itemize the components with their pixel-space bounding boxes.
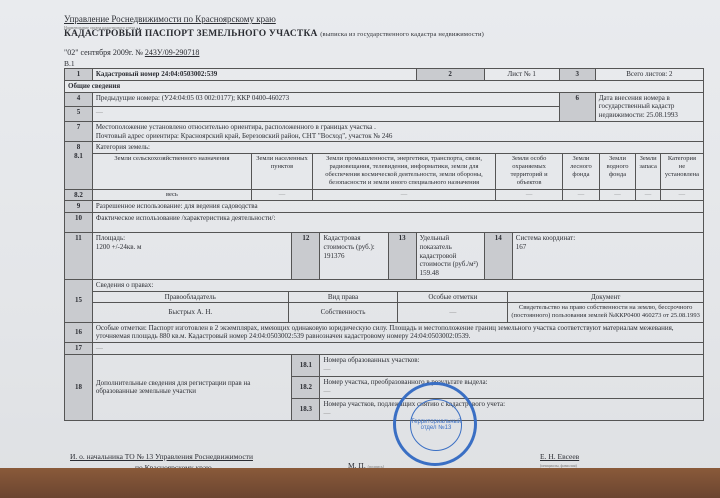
cadastral-value: Кадастровая стоимость (руб.):191376: [320, 233, 388, 280]
table-surface: [0, 468, 720, 498]
location: Местоположение установлено относительно …: [92, 121, 703, 142]
registration-date: Дата внесения номера в государственный к…: [595, 92, 703, 121]
official-stamp: Территориальный отдел №13: [393, 382, 477, 466]
specific-value: Удельный показатель кадастровой стоимост…: [416, 233, 484, 280]
permitted-use: Разрешенное использование: для ведения с…: [92, 201, 703, 213]
stamp-center: Территориальный отдел №13: [410, 399, 462, 451]
special-notes: Особые отметки: Паспорт изготовлен в 2 э…: [92, 322, 703, 343]
land-category: Категория земель: Земли сельскохозяйстве…: [92, 142, 703, 189]
coordinate-system: Система координат:167: [512, 233, 703, 280]
signer-name: Е. Н. Евсеев: [540, 452, 579, 461]
general-info-heading: Общие сведения: [65, 80, 704, 92]
date-line: "02" сентября 2009г. № 243У/09-290718: [64, 48, 199, 57]
document-title: КАДАСТРОВЫЙ ПАСПОРТ ЗЕМЕЛЬНОГО УЧАСТКА (…: [64, 29, 484, 39]
previous-numbers: Предыдущие номера: (У24:04:05 03 002:017…: [92, 92, 559, 107]
row-1: 1 Кадастровый номер 24:04:0503002:539 2 …: [65, 69, 704, 81]
cadastral-table: 1 Кадастровый номер 24:04:0503002:539 2 …: [64, 68, 704, 421]
document-page: Управление Роснедвижимости по Красноярск…: [0, 0, 720, 478]
actual-use: Фактическое использование /характеристик…: [92, 213, 703, 233]
area: Площадь:1200 +/-24кв. м: [92, 233, 291, 280]
additional-info-label: Дополнительные сведения для регистрации …: [92, 354, 291, 420]
section-label: В.1: [64, 59, 75, 68]
signer-position: И. о. начальника ТО № 13 Управления Росн…: [70, 452, 253, 461]
authority-name: Управление Роснедвижимости по Красноярск…: [64, 14, 276, 24]
right-holder: Быстрых А. Н.: [93, 303, 288, 322]
rights-info: Сведения о правах: Правообладатель Вид п…: [92, 279, 703, 322]
cadastral-number: Кадастровый номер 24:04:0503002:539: [92, 69, 416, 81]
